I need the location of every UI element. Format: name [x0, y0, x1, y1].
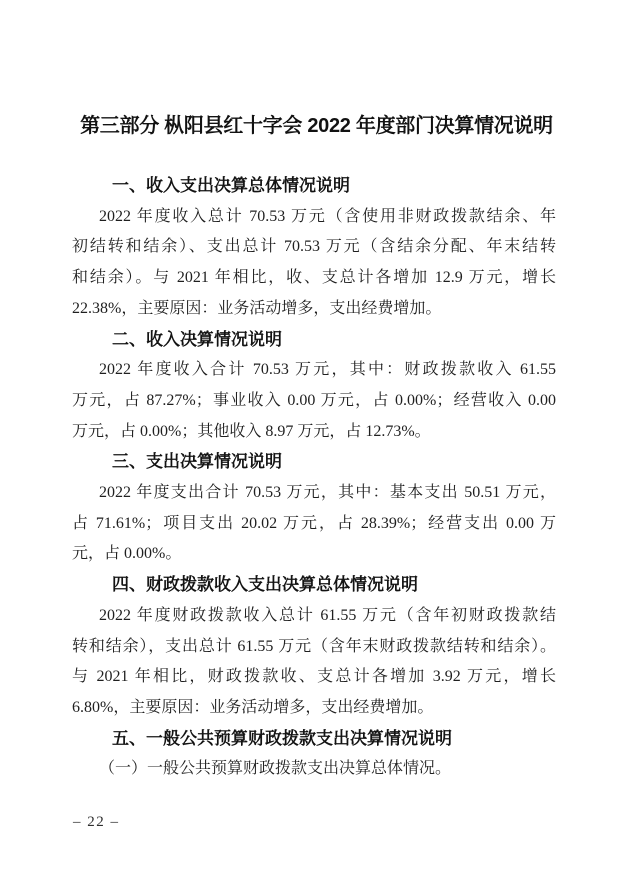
body-line: 占 71.61%；项目支出 20.02 万元，占 28.39%；经营支出 0.0…: [72, 509, 556, 540]
section-heading-5: 五、一般公共预算财政拨款支出决算情况说明: [72, 724, 556, 755]
section-heading-2: 二、收入决算情况说明: [72, 325, 556, 356]
body-line: 2022 年度收入合计 70.53 万元，其中：财政拨款收入 61.55: [72, 355, 556, 386]
section-heading-1: 一、收入支出决算总体情况说明: [72, 171, 556, 202]
body-line: 和结余）。与 2021 年相比，收、支总计各增加 12.9 万元，增长: [72, 263, 556, 294]
body-line: 元，占 0.00%。: [72, 539, 556, 570]
body-line: 与 2021 年相比，财政拨款收、支总计各增加 3.92 万元，增长: [72, 662, 556, 693]
section-heading-4: 四、财政拨款收入支出决算总体情况说明: [72, 570, 556, 601]
page-number: – 22 –: [73, 814, 120, 831]
document-page: 第三部分 枞阳县红十字会 2022 年度部门决算情况说明 一、收入支出决算总体情…: [0, 0, 633, 895]
page-title: 第三部分 枞阳县红十字会 2022 年度部门决算情况说明: [0, 109, 633, 138]
body-line: 初结转和结余）、支出总计 70.53 万元（含结余分配、年末结转: [72, 232, 556, 263]
section-heading-3: 三、支出决算情况说明: [72, 447, 556, 478]
body-line: 万元，占 87.27%；事业收入 0.00 万元，占 0.00%；经营收入 0.…: [72, 386, 556, 417]
body-line: 转和结余），支出总计 61.55 万元（含年末财政拨款结转和结余）。: [72, 632, 556, 663]
body-line: 22.38%，主要原因：业务活动增多，支出经费增加。: [72, 294, 556, 325]
body-line: 2022 年度收入总计 70.53 万元（含使用非财政拨款结余、年: [72, 202, 556, 233]
body-line: 6.80%，主要原因：业务活动增多，支出经费增加。: [72, 693, 556, 724]
body-line: （一）一般公共预算财政拨款支出决算总体情况。: [72, 754, 556, 785]
document-body: 一、收入支出决算总体情况说明 2022 年度收入总计 70.53 万元（含使用非…: [72, 171, 556, 785]
body-line: 2022 年度支出合计 70.53 万元，其中：基本支出 50.51 万元，: [72, 478, 556, 509]
body-line: 万元，占 0.00%；其他收入 8.97 万元，占 12.73%。: [72, 417, 556, 448]
body-line: 2022 年度财政拨款收入总计 61.55 万元（含年初财政拨款结: [72, 601, 556, 632]
